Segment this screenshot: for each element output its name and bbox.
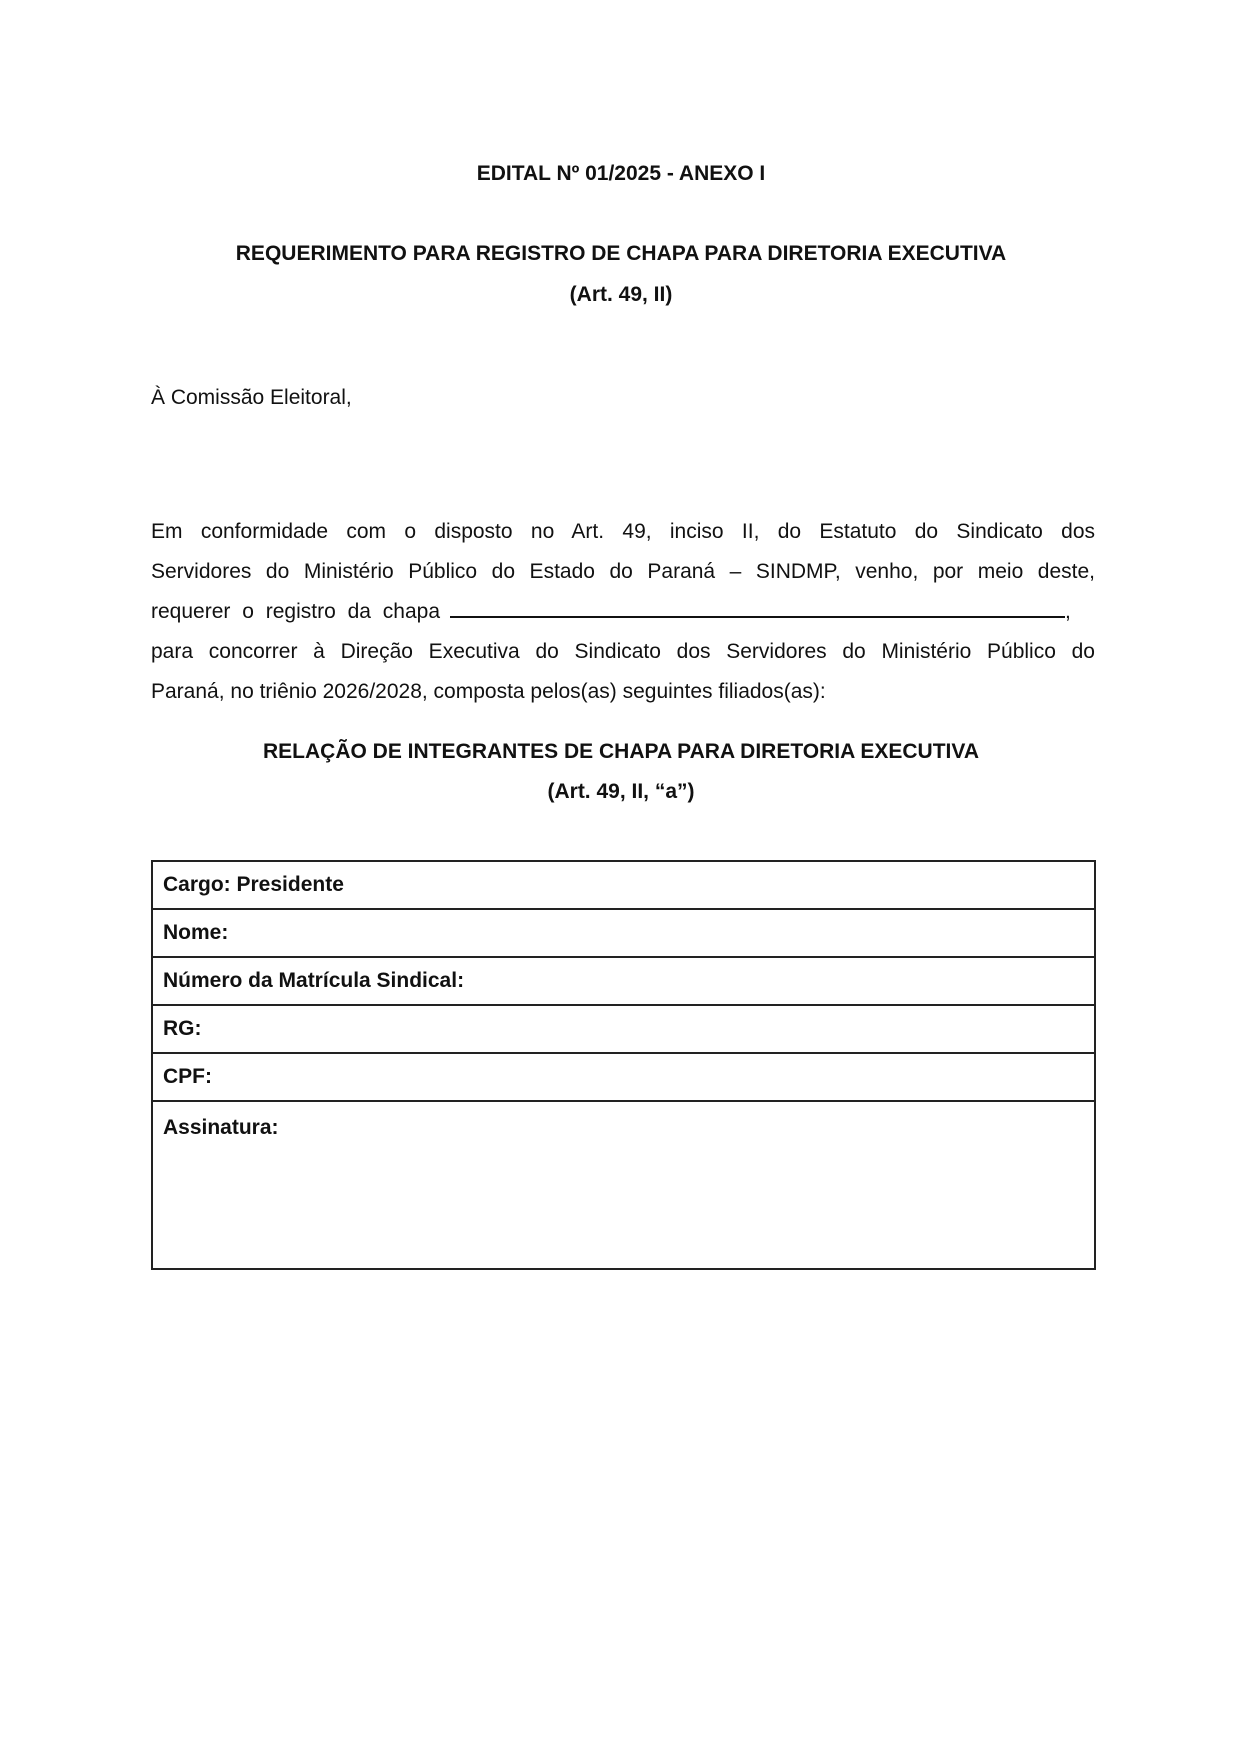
- form-field-cargo[interactable]: Cargo: Presidente: [152, 861, 1095, 909]
- blank-suffix: ,: [1065, 600, 1071, 623]
- salutation: À Comissão Eleitoral,: [151, 386, 352, 410]
- table-row: CPF:: [152, 1053, 1095, 1101]
- table-row: Número da Matrícula Sindical:: [152, 957, 1095, 1005]
- member-form-table: Cargo: Presidente Nome: Número da Matríc…: [151, 860, 1096, 1270]
- section-title: RELAÇÃO DE INTEGRANTES DE CHAPA PARA DIR…: [0, 740, 1242, 764]
- document-subtitle-reference: (Art. 49, II): [0, 283, 1242, 307]
- table-row: Cargo: Presidente: [152, 861, 1095, 909]
- document-page: EDITAL Nº 01/2025 - ANEXO I REQUERIMENTO…: [0, 0, 1242, 1755]
- body-line-with-blank: requerer o registro da chapa,: [151, 592, 1095, 632]
- body-line: para concorrer à Direção Executiva do Si…: [151, 632, 1095, 672]
- document-title: EDITAL Nº 01/2025 - ANEXO I: [0, 162, 1242, 186]
- body-line-text: requerer o registro da chapa: [151, 600, 440, 623]
- table-row: Assinatura:: [152, 1101, 1095, 1269]
- document-subtitle: REQUERIMENTO PARA REGISTRO DE CHAPA PARA…: [0, 242, 1242, 266]
- table-row: RG:: [152, 1005, 1095, 1053]
- section-reference: (Art. 49, II, “a”): [0, 780, 1242, 804]
- body-line: Paraná, no triênio 2026/2028, composta p…: [151, 672, 1095, 712]
- form-field-matricula[interactable]: Número da Matrícula Sindical:: [152, 957, 1095, 1005]
- body-paragraph: Em conformidade com o disposto no Art. 4…: [151, 512, 1095, 712]
- form-field-assinatura[interactable]: Assinatura:: [152, 1101, 1095, 1269]
- body-line: Servidores do Ministério Público do Esta…: [151, 552, 1095, 592]
- table-row: Nome:: [152, 909, 1095, 957]
- body-line: Em conformidade com o disposto no Art. 4…: [151, 512, 1095, 552]
- form-field-cpf[interactable]: CPF:: [152, 1053, 1095, 1101]
- form-field-rg[interactable]: RG:: [152, 1005, 1095, 1053]
- form-field-nome[interactable]: Nome:: [152, 909, 1095, 957]
- chapa-name-blank-field[interactable]: [450, 598, 1065, 618]
